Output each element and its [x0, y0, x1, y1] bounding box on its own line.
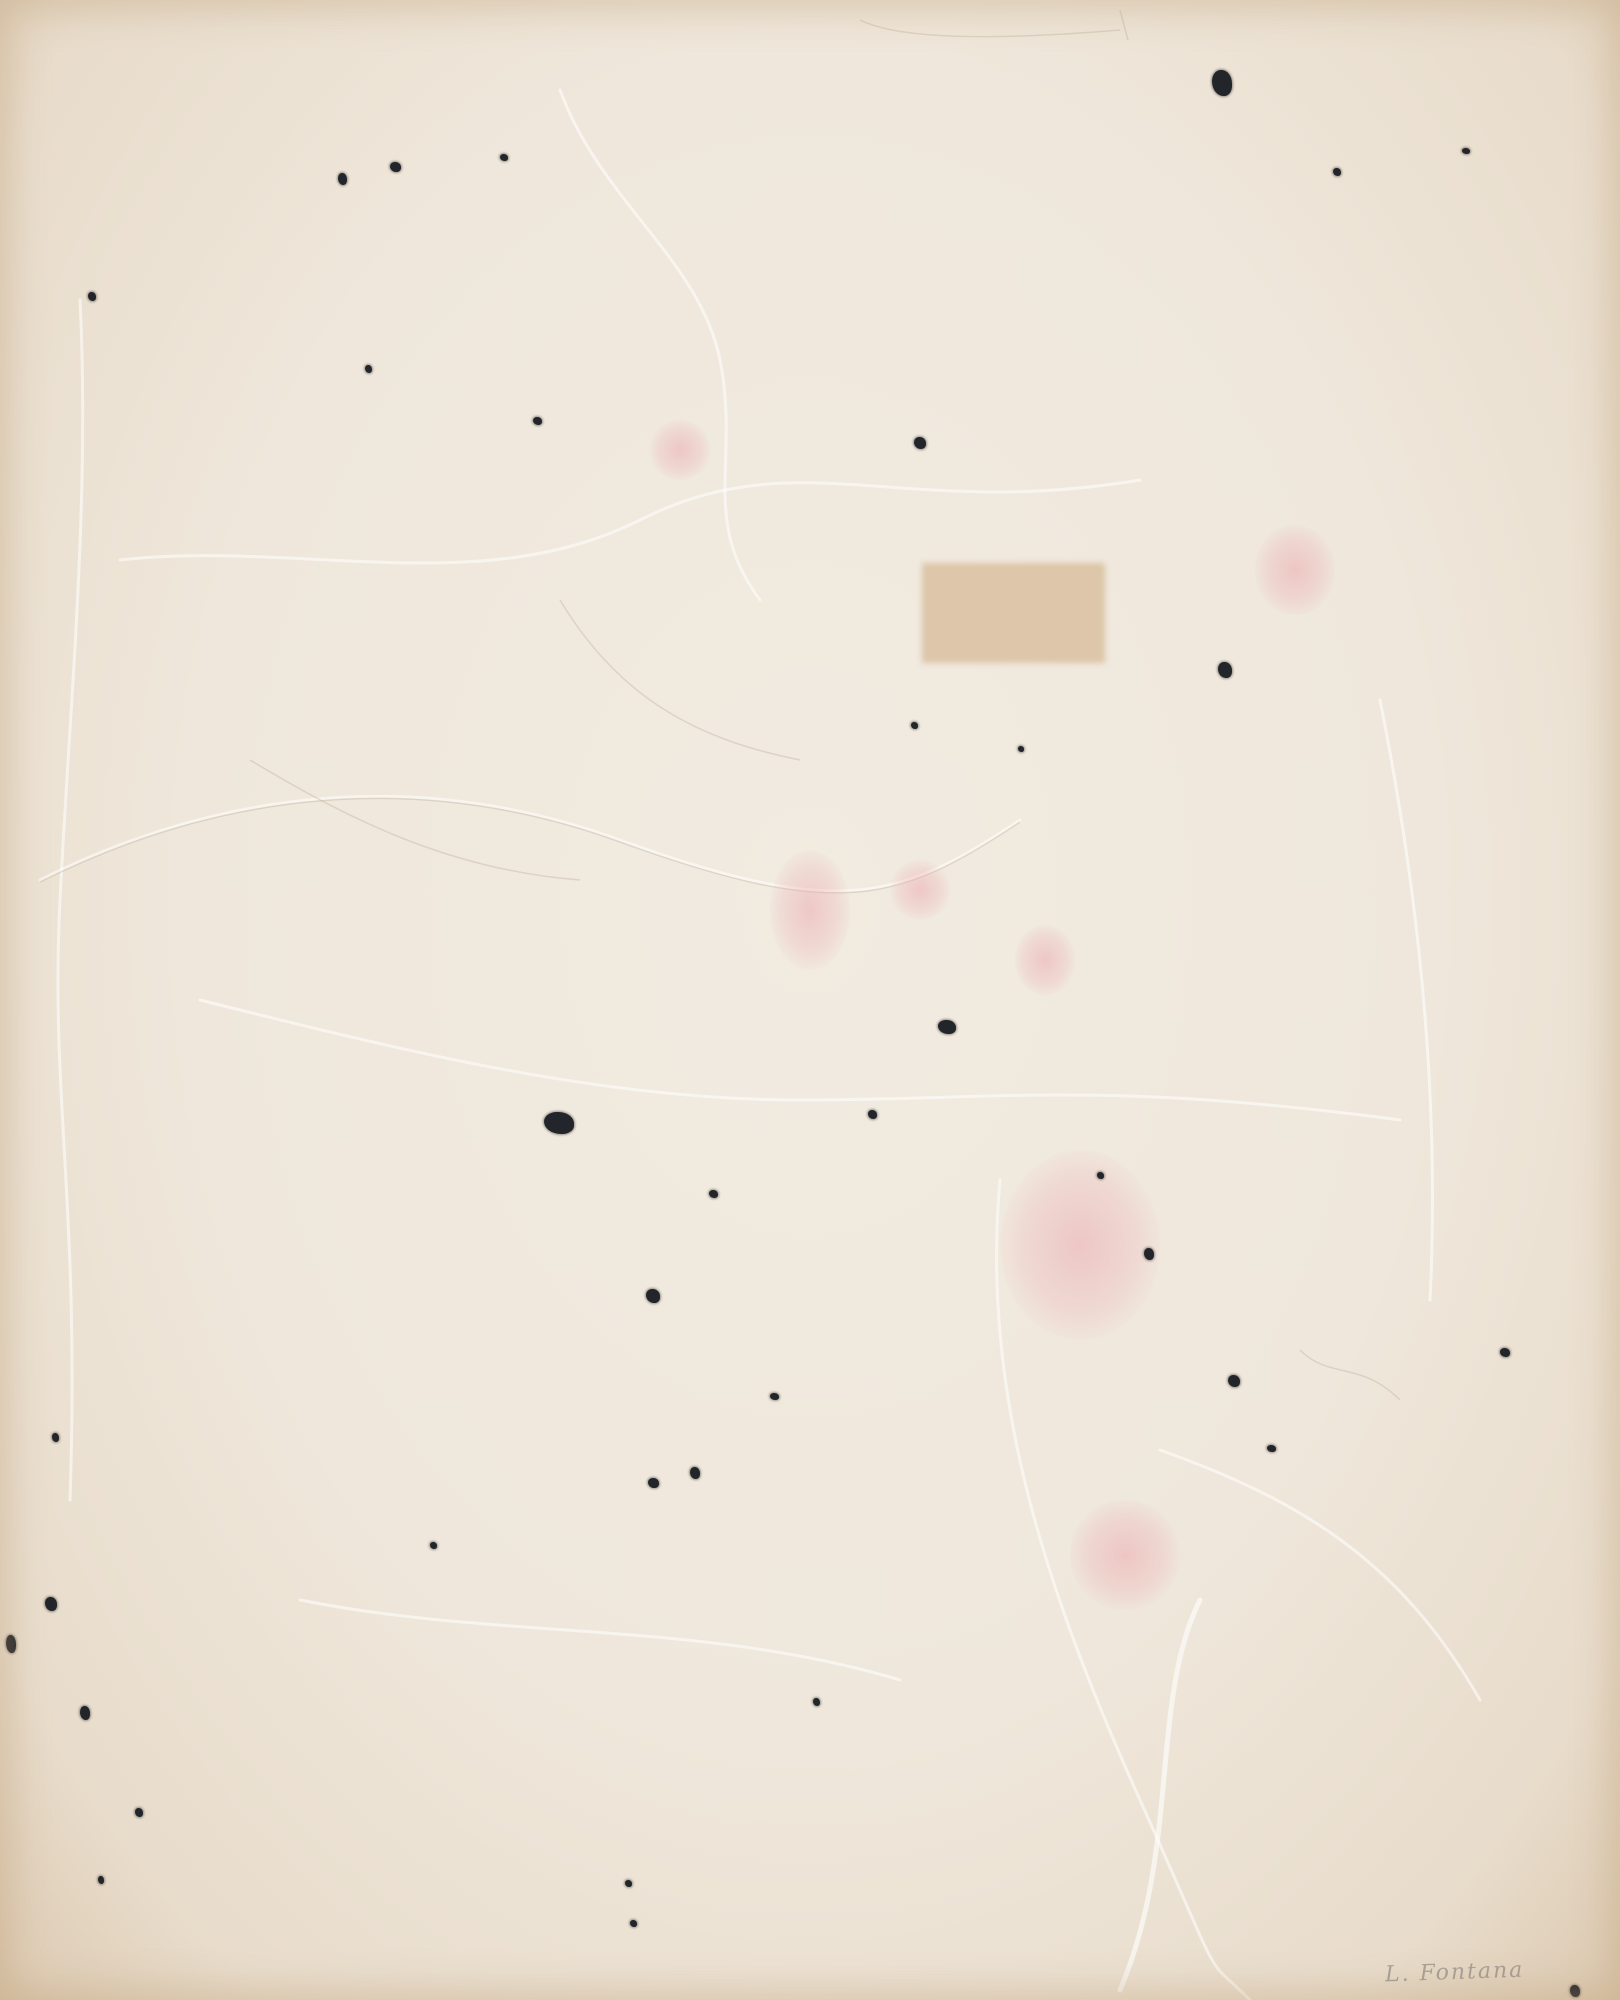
puncture-hole	[533, 417, 542, 425]
pink-stain	[1255, 525, 1335, 615]
puncture-hole	[45, 1597, 57, 1611]
puncture-hole	[52, 1433, 59, 1442]
puncture-hole	[813, 1698, 820, 1706]
puncture-hole	[1097, 1172, 1104, 1179]
puncture-hole	[1212, 70, 1232, 96]
puncture-hole	[690, 1467, 700, 1479]
puncture-hole	[80, 1706, 90, 1720]
puncture-hole	[1500, 1348, 1510, 1357]
puncture-hole	[1144, 1248, 1154, 1260]
puncture-hole	[625, 1880, 632, 1887]
puncture-hole	[1228, 1375, 1240, 1387]
pink-stain	[650, 420, 710, 480]
puncture-hole	[98, 1876, 104, 1884]
puncture-hole	[938, 1020, 956, 1034]
puncture-hole	[88, 292, 96, 301]
puncture-hole	[544, 1112, 574, 1134]
pink-stain	[1000, 1150, 1160, 1340]
puncture-hole	[646, 1289, 660, 1303]
puncture-hole	[430, 1542, 437, 1549]
puncture-hole	[390, 162, 401, 172]
puncture-hole	[338, 173, 347, 185]
puncture-hole	[365, 365, 372, 373]
puncture-hole	[500, 154, 508, 161]
puncture-hole	[868, 1110, 877, 1119]
puncture-hole	[6, 1635, 16, 1653]
puncture-hole	[1267, 1445, 1276, 1452]
puncture-hole	[911, 722, 918, 729]
puncture-hole	[135, 1808, 143, 1817]
crease-texture	[0, 0, 1620, 2000]
frame-edge-shadow	[0, 0, 1620, 2000]
pink-stain	[770, 850, 850, 970]
pink-stain	[890, 860, 950, 920]
pink-stain	[1015, 925, 1075, 995]
puncture-hole	[630, 1920, 637, 1927]
puncture-hole	[1018, 746, 1024, 752]
puncture-hole	[770, 1393, 779, 1400]
pink-stain	[1070, 1500, 1180, 1610]
puncture-hole	[1333, 168, 1341, 176]
puncture-hole	[648, 1478, 659, 1488]
artist-signature: L. Fontana	[1385, 1958, 1525, 1988]
puncture-hole	[1218, 662, 1232, 678]
puncture-hole	[709, 1190, 718, 1198]
puncture-hole	[914, 437, 926, 449]
puncture-hole	[1570, 1985, 1580, 1997]
puncture-hole	[1462, 148, 1470, 154]
tan-rectangle-stain	[922, 563, 1105, 663]
artwork-paper: L. Fontana	[0, 0, 1620, 2000]
